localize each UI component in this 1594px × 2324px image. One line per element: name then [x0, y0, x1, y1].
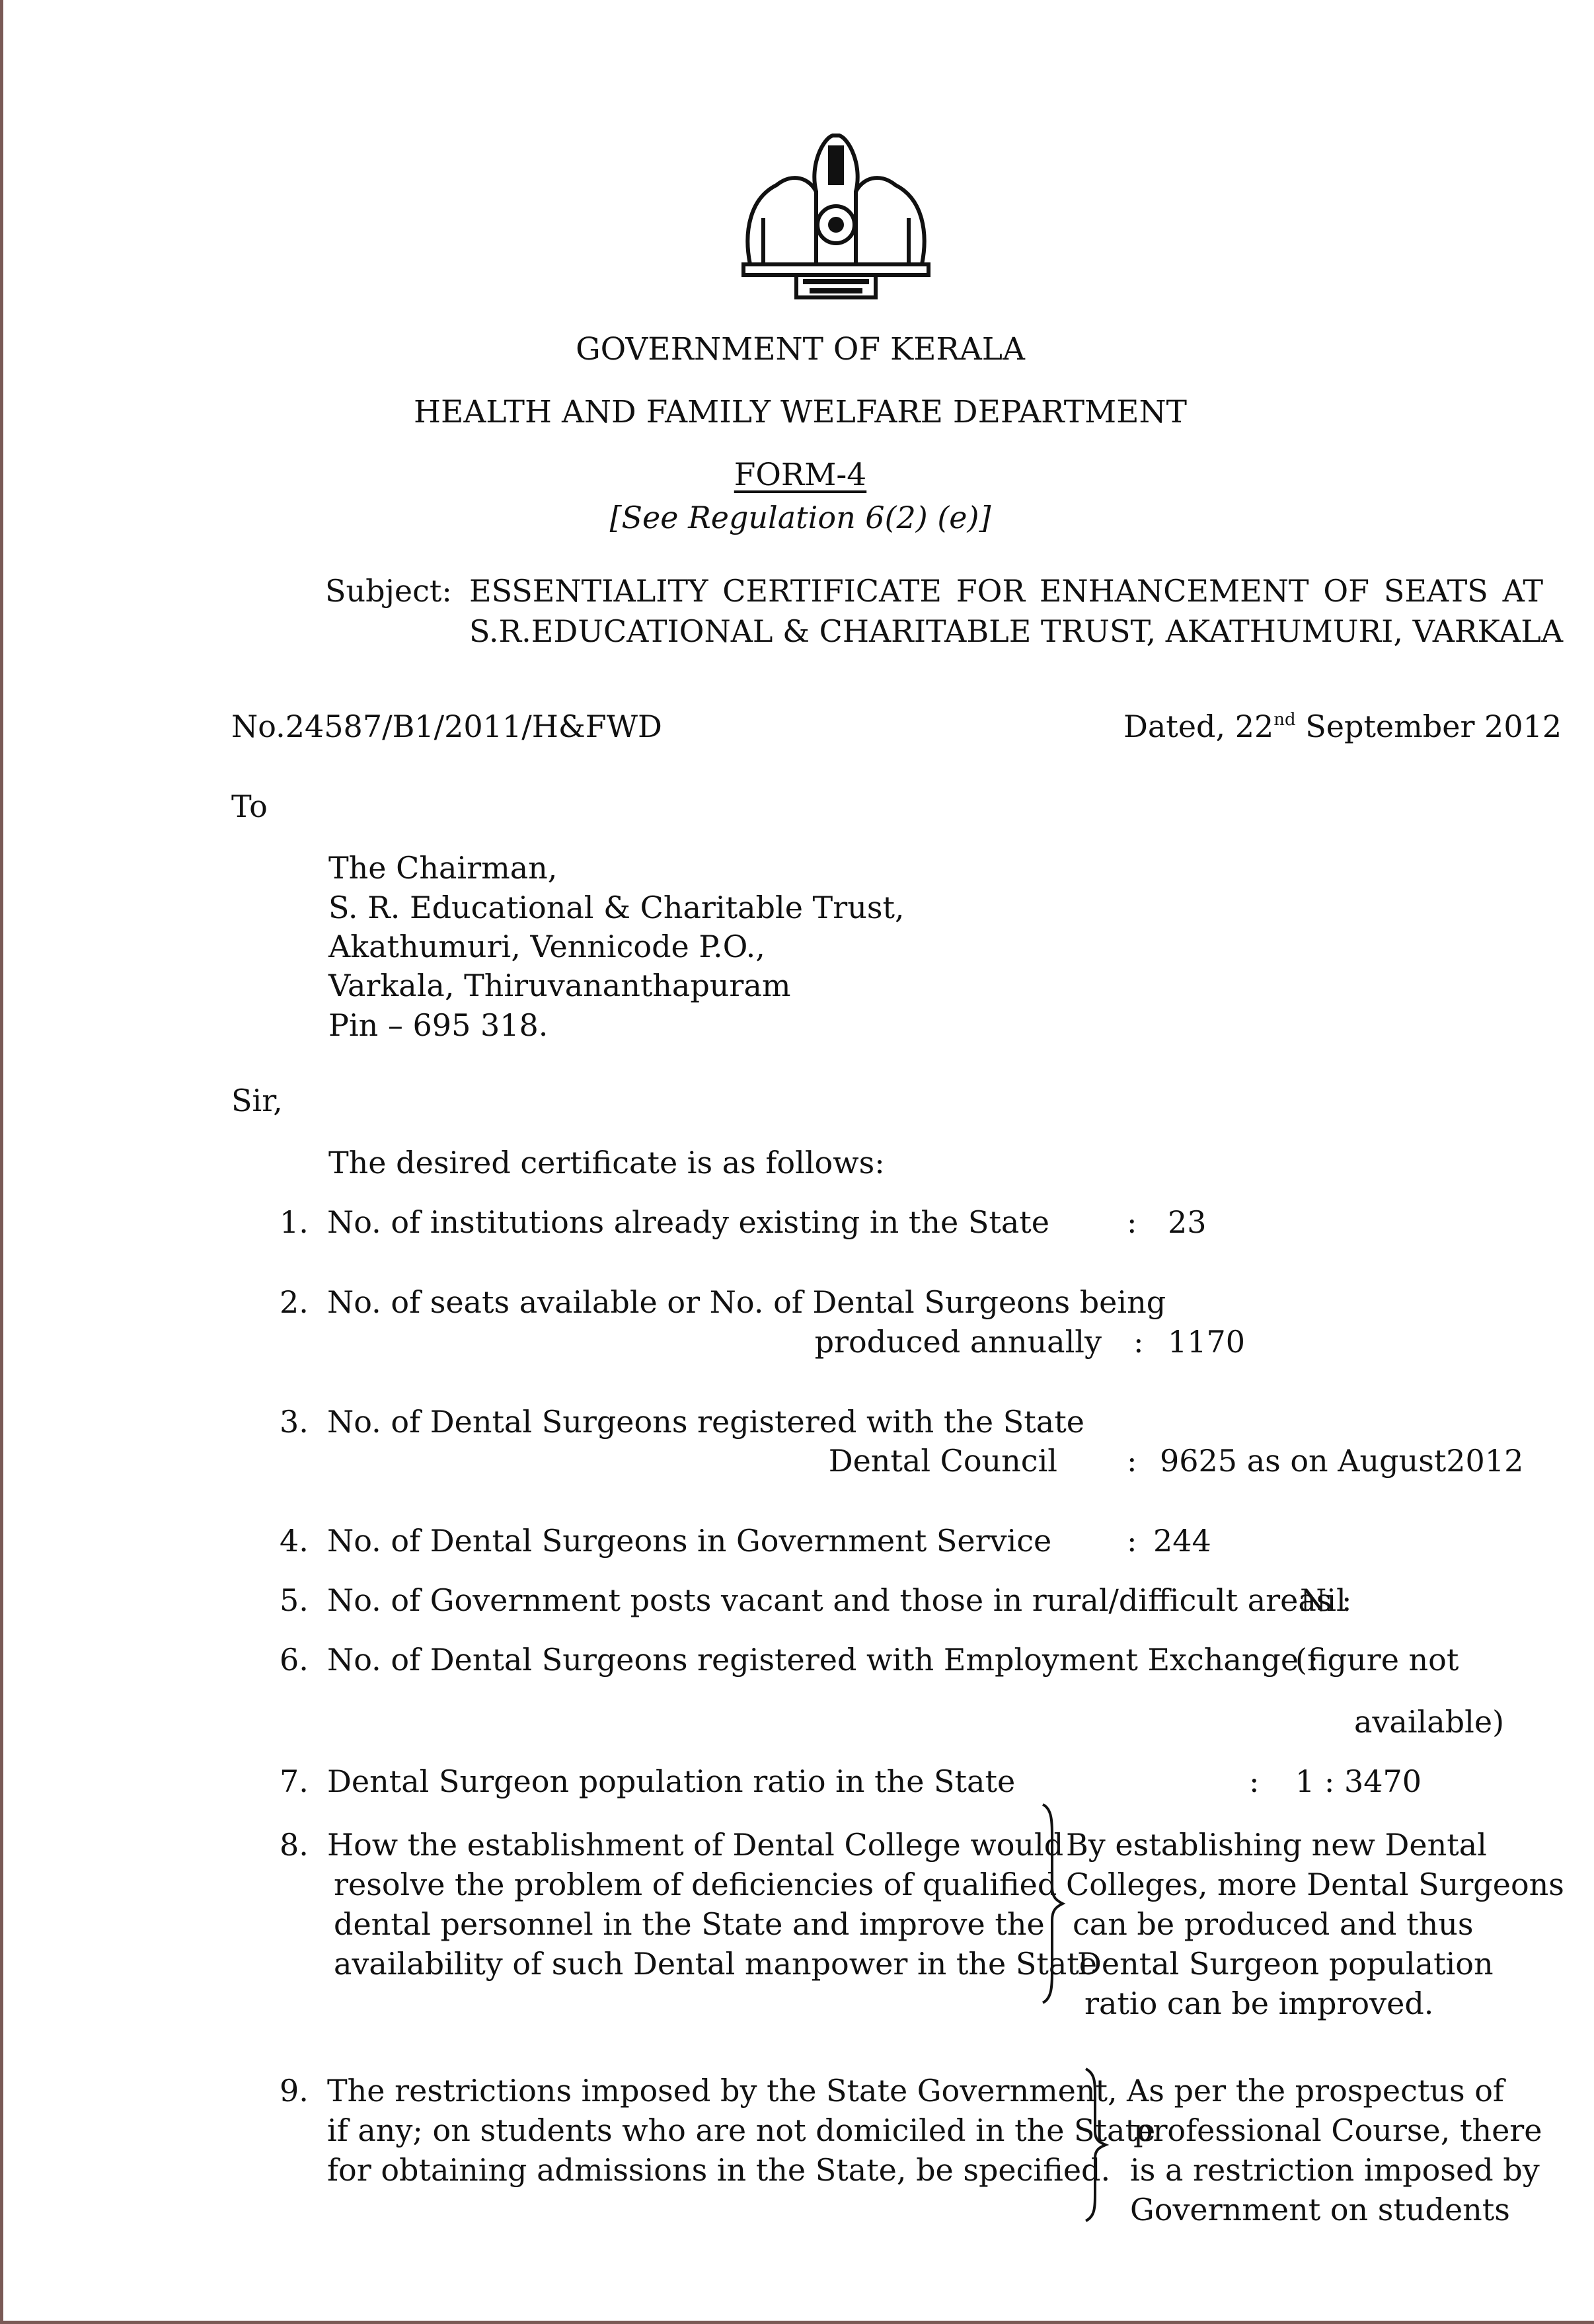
- item-number: 8.: [280, 1830, 309, 1860]
- item-value: 244: [1153, 1526, 1211, 1556]
- subject-label: Subject:: [325, 576, 452, 606]
- item-value: 9625 as on August2012: [1160, 1446, 1523, 1476]
- item-number: 7.: [280, 1766, 309, 1797]
- item-label: No. of Dental Surgeons registered with E…: [327, 1645, 1318, 1675]
- address-line: S. R. Educational & Charitable Trust,: [328, 892, 905, 923]
- item-value: 1170: [1168, 1327, 1245, 1357]
- right-brace-icon: [1081, 2066, 1114, 2224]
- regulation-reference: [See Regulation 6(2) (e)]: [3, 502, 1594, 533]
- item-number: 6.: [280, 1645, 309, 1675]
- item-number: 2.: [280, 1287, 309, 1317]
- item-label: No. of seats available or No. of Dental …: [327, 1287, 1166, 1317]
- kerala-state-emblem-icon: [737, 126, 935, 304]
- address-line: Pin – 695 318.: [328, 1010, 548, 1040]
- item-label-cont: availability of such Dental manpower in …: [334, 1949, 1097, 1979]
- item-value: (figure not: [1295, 1645, 1459, 1675]
- item-answer: can be produced and thus: [1073, 1909, 1473, 1939]
- document-page: GOVERNMENT OF KERALA HEALTH AND FAMILY W…: [0, 0, 1594, 2324]
- item-label-cont: if any; on students who are not domicile…: [327, 2115, 1155, 2146]
- item-label-cont: dental personnel in the State and improv…: [334, 1909, 1045, 1939]
- item-colon: :: [1127, 1446, 1137, 1476]
- item-value: 23: [1168, 1207, 1207, 1237]
- item-label: Dental Surgeon population ratio in the S…: [327, 1766, 1015, 1797]
- item-value: 1 : 3470: [1295, 1766, 1422, 1797]
- item-number: 1.: [280, 1207, 309, 1237]
- address-line: Akathumuri, Vennicode P.O.,: [328, 931, 765, 962]
- date-ordinal: nd: [1273, 710, 1295, 730]
- item-colon: :: [1127, 1207, 1137, 1237]
- item-answer: is a restriction imposed by: [1130, 2155, 1540, 2185]
- address-line: The Chairman,: [328, 853, 557, 883]
- item-answer: Government on students: [1130, 2194, 1510, 2225]
- item-number: 5.: [280, 1585, 309, 1615]
- item-label-cont: for obtaining admissions in the State, b…: [327, 2155, 1110, 2185]
- date-suffix: September 2012: [1296, 709, 1562, 744]
- form-title: FORM-4: [734, 457, 866, 493]
- department-heading: HEALTH AND FAMILY WELFARE DEPARTMENT: [3, 397, 1594, 428]
- item-answer: Dental Surgeon population: [1077, 1949, 1494, 1979]
- item-label: No. of Government posts vacant and those…: [327, 1585, 1351, 1615]
- subject-line-1: ESSENTIALITY CERTIFICATE FOR ENHANCEMENT…: [469, 576, 1543, 606]
- item-label-cont: resolve the problem of deficiencies of q…: [334, 1869, 1057, 1900]
- item-colon: :: [1127, 1526, 1137, 1556]
- item-label: No. of Dental Surgeons in Government Ser…: [327, 1526, 1051, 1556]
- item-label: How the establishment of Dental College …: [327, 1830, 1063, 1860]
- item-label: No. of Dental Surgeons registered with t…: [327, 1407, 1084, 1437]
- intro-text: The desired certificate is as follows:: [328, 1147, 885, 1178]
- item-number: 3.: [280, 1407, 309, 1437]
- item-answer: ratio can be improved.: [1084, 1988, 1433, 2019]
- item-label: The restrictions imposed by the State Go…: [327, 2075, 1118, 2106]
- item-answer: By establishing new Dental: [1066, 1830, 1487, 1860]
- item-number: 4.: [280, 1526, 309, 1556]
- subject-line-2: S.R.EDUCATIONAL & CHARITABLE TRUST, AKAT…: [469, 616, 1563, 646]
- item-colon: :: [1249, 1766, 1260, 1797]
- item-answer: As per the prospectus of: [1127, 2075, 1504, 2106]
- item-label: No. of institutions already existing in …: [327, 1207, 1049, 1237]
- item-colon: :: [1133, 1327, 1144, 1357]
- date-prefix: Dated, 22: [1123, 709, 1273, 744]
- address-line: Varkala, Thiruvananthapuram: [328, 970, 790, 1001]
- item-value-cont: available): [1354, 1707, 1504, 1737]
- item-answer: Colleges, more Dental Surgeons: [1066, 1869, 1564, 1900]
- government-heading: GOVERNMENT OF KERALA: [3, 334, 1594, 365]
- item-label-cont: Dental Council: [598, 1446, 1057, 1476]
- form-title-wrap: FORM-4: [3, 459, 1594, 490]
- item-label-cont: produced annually: [598, 1327, 1102, 1357]
- reference-number: No.24587/B1/2011/H&FWD: [231, 711, 662, 742]
- to-label: To: [231, 791, 268, 822]
- item-number: 9.: [280, 2075, 309, 2106]
- date-line: Dated, 22nd September 2012: [1123, 711, 1562, 742]
- item-value: Nil: [1300, 1585, 1346, 1615]
- salutation: Sir,: [231, 1085, 283, 1116]
- item-answer: professional Course, there: [1133, 2115, 1542, 2146]
